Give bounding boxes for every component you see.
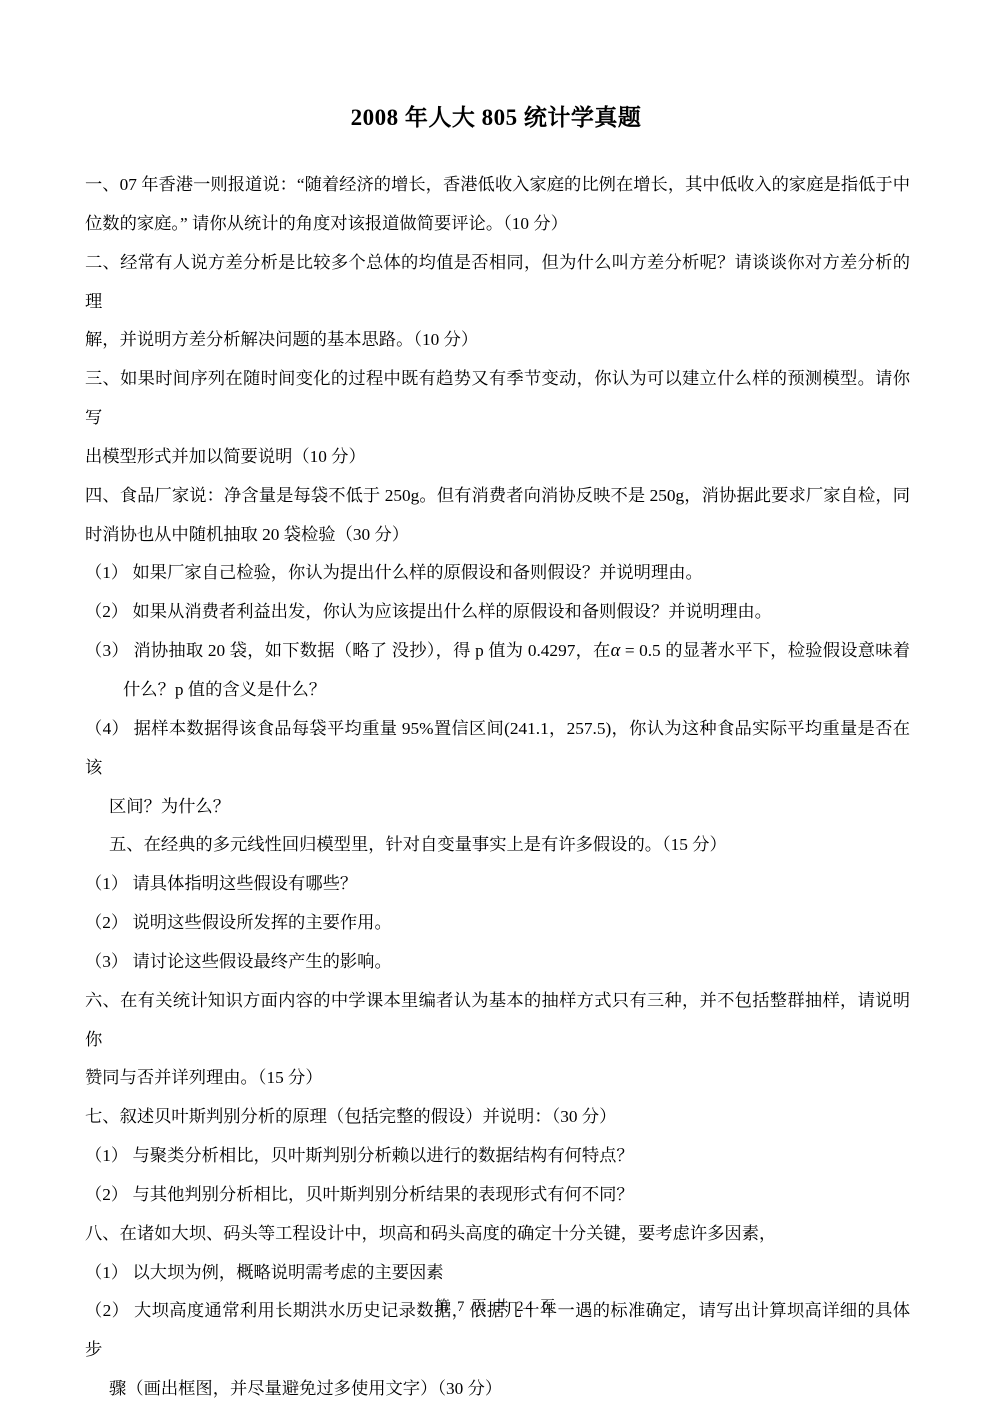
- text-segment: 位数的家庭。” 请你从统计的角度对该报道做简要评论。（10 分）: [85, 214, 568, 233]
- text-line: （2） 说明这些假设所发挥的主要作用。: [85, 904, 910, 943]
- text-segment: 五、在经典的多元线性回归模型里，针对自变量事实上是有许多假设的。（15 分）: [109, 835, 727, 854]
- text-segment: （1） 以大坝为例，概略说明需考虑的主要因素: [85, 1263, 444, 1282]
- text-line: （4） 据样本数据得该食品每袋平均重量 95%置信区间(241.1，257.5)…: [85, 710, 910, 788]
- text-line: （2） 如果从消费者利益出发，你认为应该提出什么样的原假设和备则假设？并说明理由…: [85, 593, 910, 632]
- text-line: 什么？p 值的含义是什么？: [85, 671, 910, 710]
- text-line: （1） 以大坝为例，概略说明需考虑的主要因素: [85, 1254, 910, 1293]
- text-segment: 六、在有关统计知识方面内容的中学课本里编者认为基本的抽样方式只有三种，并不包括整…: [85, 991, 910, 1049]
- text-segment: （1） 如果厂家自己检验，你认为提出什么样的原假设和备则假设？并说明理由。: [85, 563, 703, 582]
- document-page: 2008 年人大 805 统计学真题 一、07 年香港一则报道说：“随着经济的增…: [0, 0, 992, 1403]
- text-line: 四、食品厂家说：净含量是每袋不低于 250g。但有消费者向消协反映不是 250g…: [85, 477, 910, 516]
- text-segment: （3） 消协抽取 20 袋，如下数据（略了 没抄），得 p 值为 0.4297，…: [85, 641, 611, 660]
- text-line: 骤（画出框图，并尽量避免过多使用文字）（30 分）: [85, 1370, 910, 1403]
- text-line: 赞同与否并详列理由。（15 分）: [85, 1059, 910, 1098]
- page-footer: 第 7 页 共 24 页: [0, 1295, 992, 1316]
- text-line: 二、经常有人说方差分析是比较多个总体的均值是否相同，但为什么叫方差分析呢？请谈谈…: [85, 244, 910, 322]
- text-segment: （3） 请讨论这些假设最终产生的影响。: [85, 952, 392, 971]
- text-line: （2） 与其他判别分析相比，贝叶斯判别分析结果的表现形式有何不同？: [85, 1176, 910, 1215]
- text-line: （3） 请讨论这些假设最终产生的影响。: [85, 943, 910, 982]
- text-segment: 骤（画出框图，并尽量避免过多使用文字）（30 分）: [109, 1379, 502, 1398]
- text-segment: 七、叙述贝叶斯判别分析的原理（包括完整的假设）并说明：（30 分）: [85, 1107, 616, 1126]
- text-line: 解，并说明方差分析解决问题的基本思路。（10 分）: [85, 321, 910, 360]
- text-line: 位数的家庭。” 请你从统计的角度对该报道做简要评论。（10 分）: [85, 205, 910, 244]
- text-line: （1） 与聚类分析相比，贝叶斯判别分析赖以进行的数据结构有何特点？: [85, 1137, 910, 1176]
- text-segment: （4） 据样本数据得该食品每袋平均重量 95%置信区间(241.1，257.5)…: [85, 719, 910, 777]
- text-line: 八、在诸如大坝、码头等工程设计中，坝高和码头高度的确定十分关键，要考虑许多因素，: [85, 1215, 910, 1254]
- math-symbol: α: [611, 641, 621, 661]
- text-segment: 出模型形式并加以简要说明（10 分）: [85, 447, 366, 466]
- text-segment: = 0.5: [620, 641, 665, 660]
- text-line: 三、如果时间序列在随时间变化的过程中既有趋势又有季节变动，你认为可以建立什么样的…: [85, 360, 910, 438]
- text-line: 六、在有关统计知识方面内容的中学课本里编者认为基本的抽样方式只有三种，并不包括整…: [85, 982, 910, 1060]
- text-segment: 解，并说明方差分析解决问题的基本思路。（10 分）: [85, 330, 478, 349]
- text-segment: （2） 说明这些假设所发挥的主要作用。: [85, 913, 392, 932]
- text-segment: 时消协也从中随机抽取 20 袋检验（30 分）: [85, 525, 409, 544]
- text-segment: （1） 与聚类分析相比，贝叶斯判别分析赖以进行的数据结构有何特点？: [85, 1146, 634, 1165]
- text-line: 出模型形式并加以简要说明（10 分）: [85, 438, 910, 477]
- text-line: 时消协也从中随机抽取 20 袋检验（30 分）: [85, 516, 910, 555]
- text-segment: 四、食品厂家说：净含量是每袋不低于 250g。但有消费者向消协反映不是 250g…: [85, 486, 910, 505]
- text-segment: 一、07 年香港一则报道说：“随着经济的增长，香港低收入家庭的比例在增长，其中低…: [85, 175, 910, 194]
- text-segment: （2） 如果从消费者利益出发，你认为应该提出什么样的原假设和备则假设？并说明理由…: [85, 602, 772, 621]
- page-title: 2008 年人大 805 统计学真题: [0, 0, 992, 135]
- text-line: （1） 如果厂家自己检验，你认为提出什么样的原假设和备则假设？并说明理由。: [85, 554, 910, 593]
- text-line: （1） 请具体指明这些假设有哪些？: [85, 865, 910, 904]
- text-segment: 什么？p 值的含义是什么？: [123, 680, 326, 699]
- text-segment: （1） 请具体指明这些假设有哪些？: [85, 874, 357, 893]
- text-line: 七、叙述贝叶斯判别分析的原理（包括完整的假设）并说明：（30 分）: [85, 1098, 910, 1137]
- text-segment: 三、如果时间序列在随时间变化的过程中既有趋势又有季节变动，你认为可以建立什么样的…: [85, 369, 910, 427]
- text-line: 五、在经典的多元线性回归模型里，针对自变量事实上是有许多假设的。（15 分）: [85, 826, 910, 865]
- text-line: （3） 消协抽取 20 袋，如下数据（略了 没抄），得 p 值为 0.4297，…: [85, 632, 910, 671]
- text-line: 一、07 年香港一则报道说：“随着经济的增长，香港低收入家庭的比例在增长，其中低…: [85, 166, 910, 205]
- text-segment: （2） 与其他判别分析相比，贝叶斯判别分析结果的表现形式有何不同？: [85, 1185, 634, 1204]
- text-segment: 区间？为什么？: [109, 797, 230, 816]
- text-segment: 二、经常有人说方差分析是比较多个总体的均值是否相同，但为什么叫方差分析呢？请谈谈…: [85, 253, 910, 311]
- document-body: 一、07 年香港一则报道说：“随着经济的增长，香港低收入家庭的比例在增长，其中低…: [85, 166, 910, 1403]
- text-segment: 八、在诸如大坝、码头等工程设计中，坝高和码头高度的确定十分关键，要考虑许多因素，: [85, 1224, 776, 1243]
- text-segment: 赞同与否并详列理由。（15 分）: [85, 1068, 323, 1087]
- text-segment: 的显著水平下，检验假设意味着: [665, 641, 910, 660]
- text-line: 区间？为什么？: [85, 788, 910, 827]
